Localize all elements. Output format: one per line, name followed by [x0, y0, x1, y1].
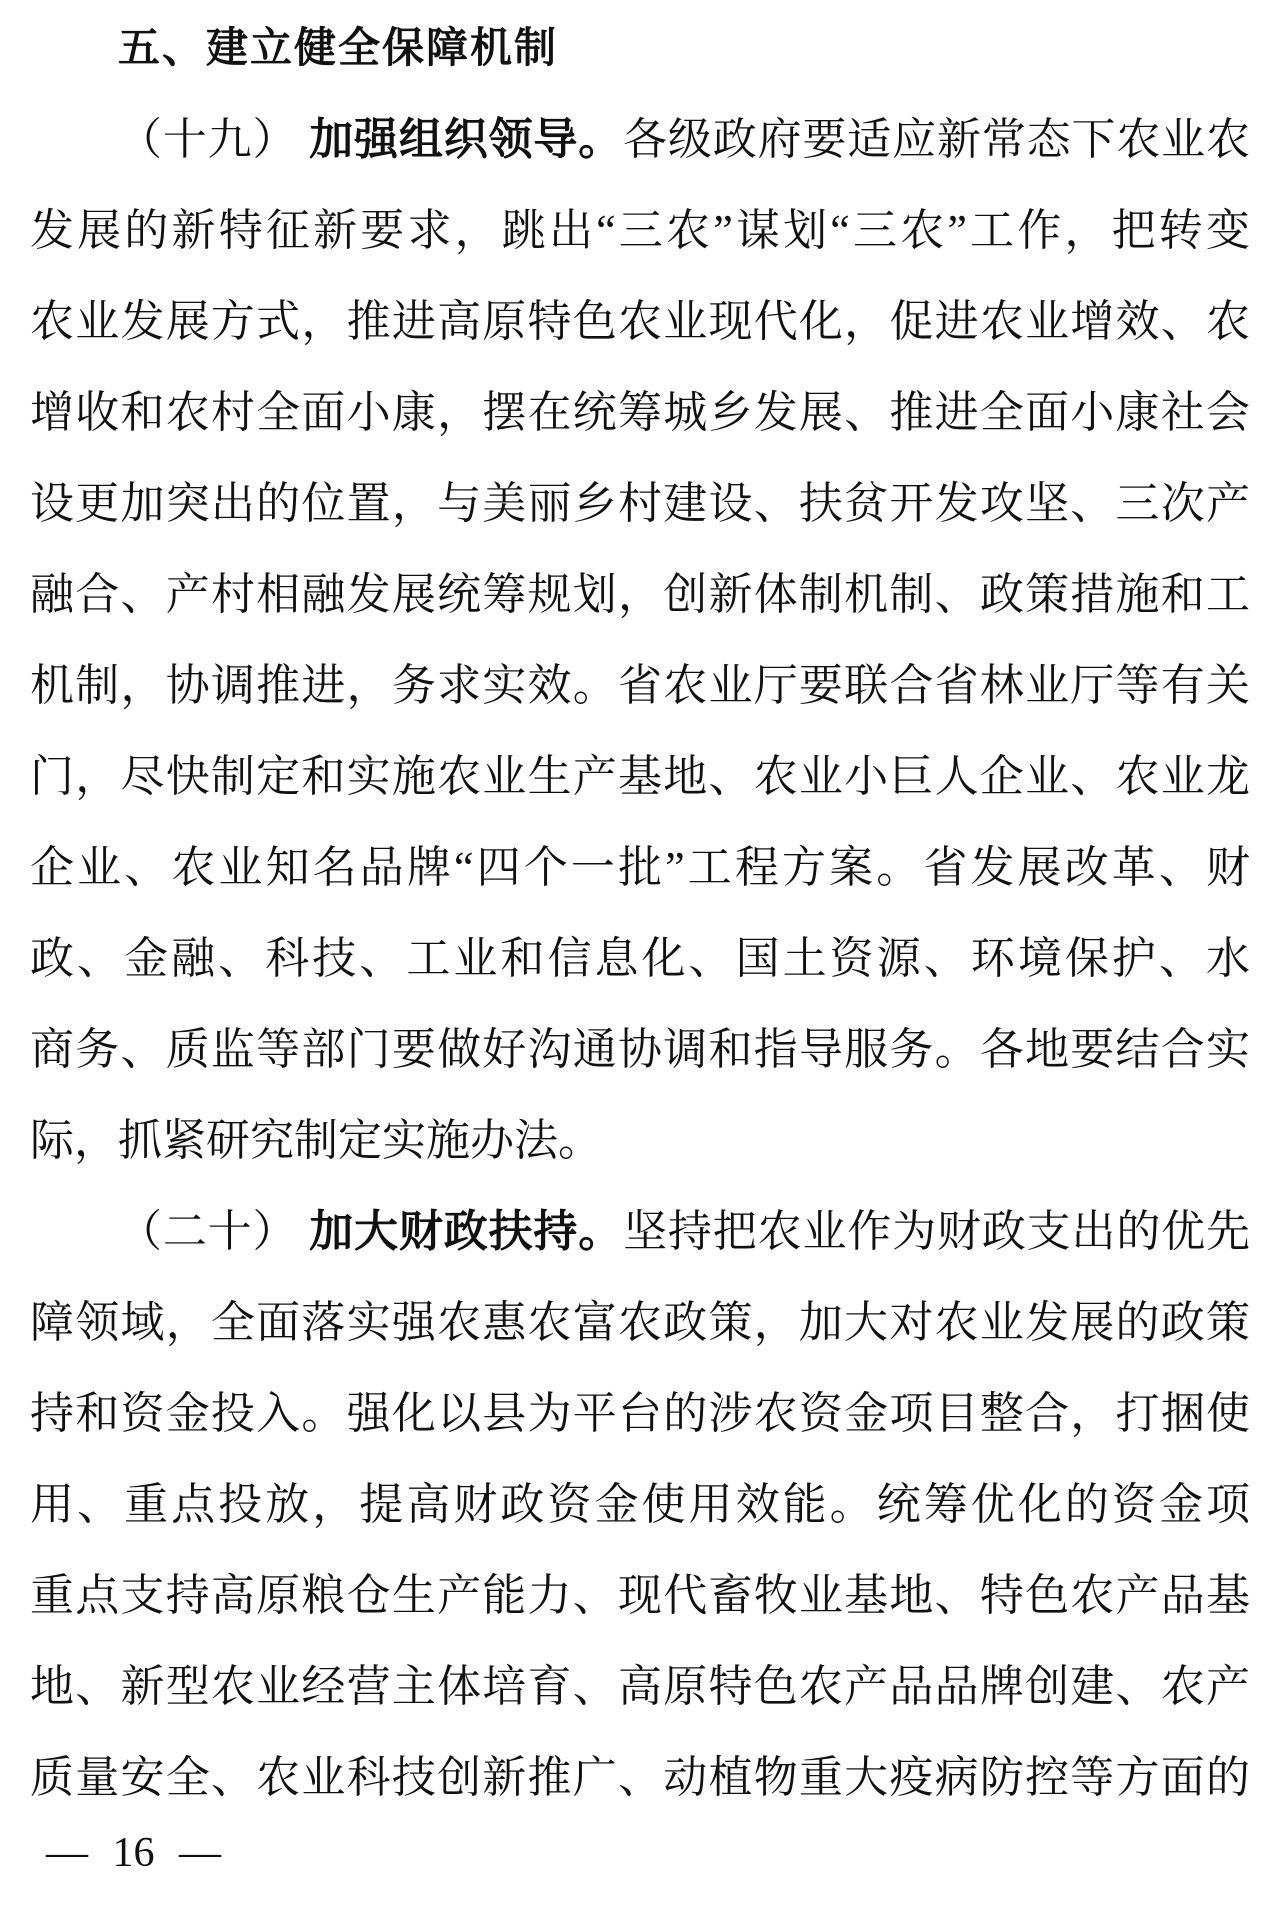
text-line: 企业、农业知名品牌“四个一批”工程方案。省发展改革、财: [30, 822, 1250, 913]
text-line: （二十） 加大财政扶持。坚持把农业作为财政支出的优先保: [30, 1186, 1250, 1277]
text-line: 发展的新特征新要求，跳出“三农”谋划“三农”工作，把转变: [30, 185, 1250, 276]
text-line: 门，尽快制定和实施农业生产基地、农业小巨人企业、农业龙头: [30, 731, 1250, 822]
text-line: 融合、产村相融发展统筹规划，创新体制机制、政策措施和工作: [30, 549, 1250, 640]
text-line: 质量安全、农业科技创新推广、动植物重大疫病防控等方面的建: [30, 1732, 1250, 1823]
document-page: 五、建立健全保障机制 （十九） 加强组织领导。各级政府要适应新常态下农业农村 发…: [0, 0, 1278, 1920]
paragraph-leadin: 加强组织领导。: [309, 115, 623, 164]
paragraph-number: （二十）: [118, 1207, 309, 1256]
text-line: 商务、质监等部门要做好沟通协调和指导服务。各地要结合实: [30, 1004, 1250, 1095]
text-line: 重点支持高原粮仓生产能力、现代畜牧业基地、特色农产品基: [30, 1550, 1250, 1641]
text-line: 际，抓紧研究制定实施办法。: [30, 1095, 1250, 1186]
text-line: 用、重点投放，提高财政资金使用效能。统筹优化的资金项目，: [30, 1459, 1250, 1550]
text-line: 农业发展方式，推进高原特色农业现代化，促进农业增效、农民: [30, 276, 1250, 367]
text-line: 增收和农村全面小康，摆在统筹城乡发展、推进全面小康社会建: [30, 367, 1250, 458]
text-line: 设更加突出的位置，与美丽乡村建设、扶贫开发攻坚、三次产业: [30, 458, 1250, 549]
text-line: 障领域，全面落实强农惠农富农政策，加大对农业发展的政策扶: [30, 1277, 1250, 1368]
text-line: （十九） 加强组织领导。各级政府要适应新常态下农业农村: [30, 94, 1250, 185]
paragraph-leadin: 加大财政扶持。: [309, 1207, 623, 1256]
text-line: 政、金融、科技、工业和信息化、国土资源、环境保护、水利、: [30, 913, 1250, 1004]
text-line: 持和资金投入。强化以县为平台的涉农资金项目整合，打捆使: [30, 1368, 1250, 1459]
text-line: 机制，协调推进，务求实效。省农业厅要联合省林业厅等有关部: [30, 640, 1250, 731]
paragraph-number: （十九）: [118, 115, 309, 164]
section-heading: 五、建立健全保障机制: [30, 16, 1250, 80]
document-body: （十九） 加强组织领导。各级政府要适应新常态下农业农村 发展的新特征新要求，跳出…: [30, 94, 1250, 1823]
text-line: 地、新型农业经营主体培育、高原特色农产品品牌创建、农产品: [30, 1641, 1250, 1732]
page-number: — 16 —: [30, 1823, 1250, 1883]
